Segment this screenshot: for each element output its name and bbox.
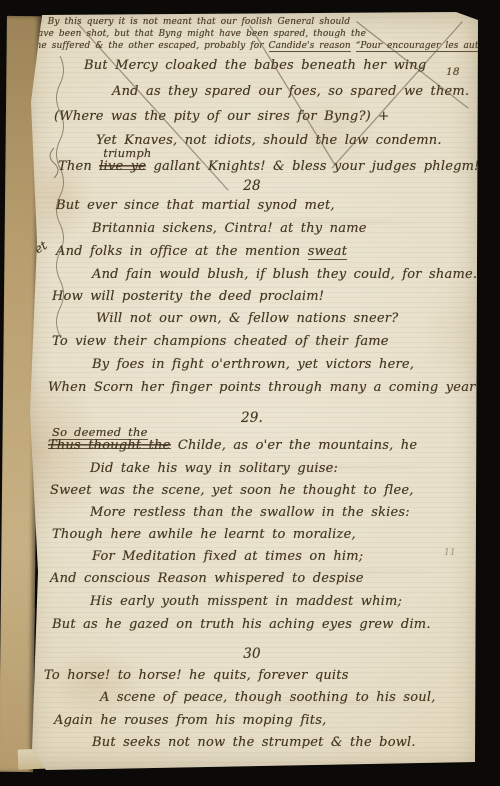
inserted-text: triumph [103,146,151,160]
poem-line: Again he rouses from his moping fits, [54,713,326,728]
revision-group: Thus thought theSo deemed the [48,438,171,453]
poem-line: Britannia sickens, Cintra! at thy name [92,221,367,236]
poem-line: And fain would blush, if blush they coul… [92,267,477,282]
stanza-number: 28 [26,178,478,194]
poem-line: More restless than the swallow in the sk… [90,505,410,520]
manuscript-page: + By this query it is not meant that our… [26,12,478,770]
poem-line: To horse! to horse! he quits, forever qu… [44,668,349,683]
poem-text: gallant Knights! & bless your judges phl… [146,159,478,174]
footnote-line: have been shot, but that Byng might have… [32,29,366,39]
stanza-number: 30 [26,646,478,662]
folio-number: 18 [446,66,460,78]
footnote-underlined-candide: Candide's reason [269,41,351,52]
footnote-text [351,41,356,51]
footnote-line: + By this query it is not meant that our… [35,17,350,27]
underlined-word: sweat [308,244,347,260]
poem-line: When Scorn her finger points through man… [48,380,478,395]
poem-line: Sweet was the scene, yet soon he thought… [50,483,414,498]
poem-text: Then [58,159,99,174]
poem-line: But seeks not now the strumpet & the bow… [92,735,416,750]
poem-line: And as they spared our foes, so spared w… [112,84,469,99]
footnote-line: one suffered & the other escaped, probab… [30,41,478,51]
poem-line: But ever since that martial synod met, [56,198,335,213]
poem-line: To view their champions cheated of their… [52,334,389,349]
poem-line: And folks in office at the mention sweat [56,244,347,259]
poem-line: But Mercy cloaked the babes beneath her … [84,58,426,73]
poem-line: (Where was the pity of our sires for Byn… [54,109,389,124]
poem-line: But as he gazed on truth his aching eyes… [52,617,431,632]
poem-line: Will not our own, & fellow nations sneer… [96,311,398,326]
poem-text: Childe, as o'er the mountains, he [171,438,418,453]
struck-text: Thus thought the [48,438,171,453]
struck-text: live ye [99,159,146,174]
poem-line: Thus thought theSo deemed the Childe, as… [48,438,417,453]
poem-line: By foes in fight o'erthrown, yet victors… [92,357,414,372]
poem-line: A scene of peace, though soothing to his… [100,690,436,705]
margin-mark-right: 11 [444,548,456,558]
poem-line: For Meditation fixed at times on him; [92,549,363,564]
poem-line: How will posterity the deed proclaim! [52,289,324,304]
poem-line: His early youth misspent in maddest whim… [90,594,402,609]
poem-line: Did take his way in solitary guise: [90,461,338,476]
stanza-number: 29. [26,410,478,426]
inserted-text: So deemed the [52,425,148,440]
poem-line: Though here awhile he learnt to moralize… [52,527,356,542]
footnote-text: one suffered & the other escaped, probab… [30,41,269,51]
poem-text: And folks in office at the mention [56,244,308,259]
revision-group: live yetriumph [99,159,146,174]
footnote-underlined-french: “Pour encourager les autres.” [356,41,478,52]
manuscript-scan: + By this query it is not meant that our… [0,0,500,786]
poem-line: And conscious Reason whispered to despis… [50,571,364,586]
poem-line: Then live yetriumph gallant Knights! & b… [58,159,478,174]
